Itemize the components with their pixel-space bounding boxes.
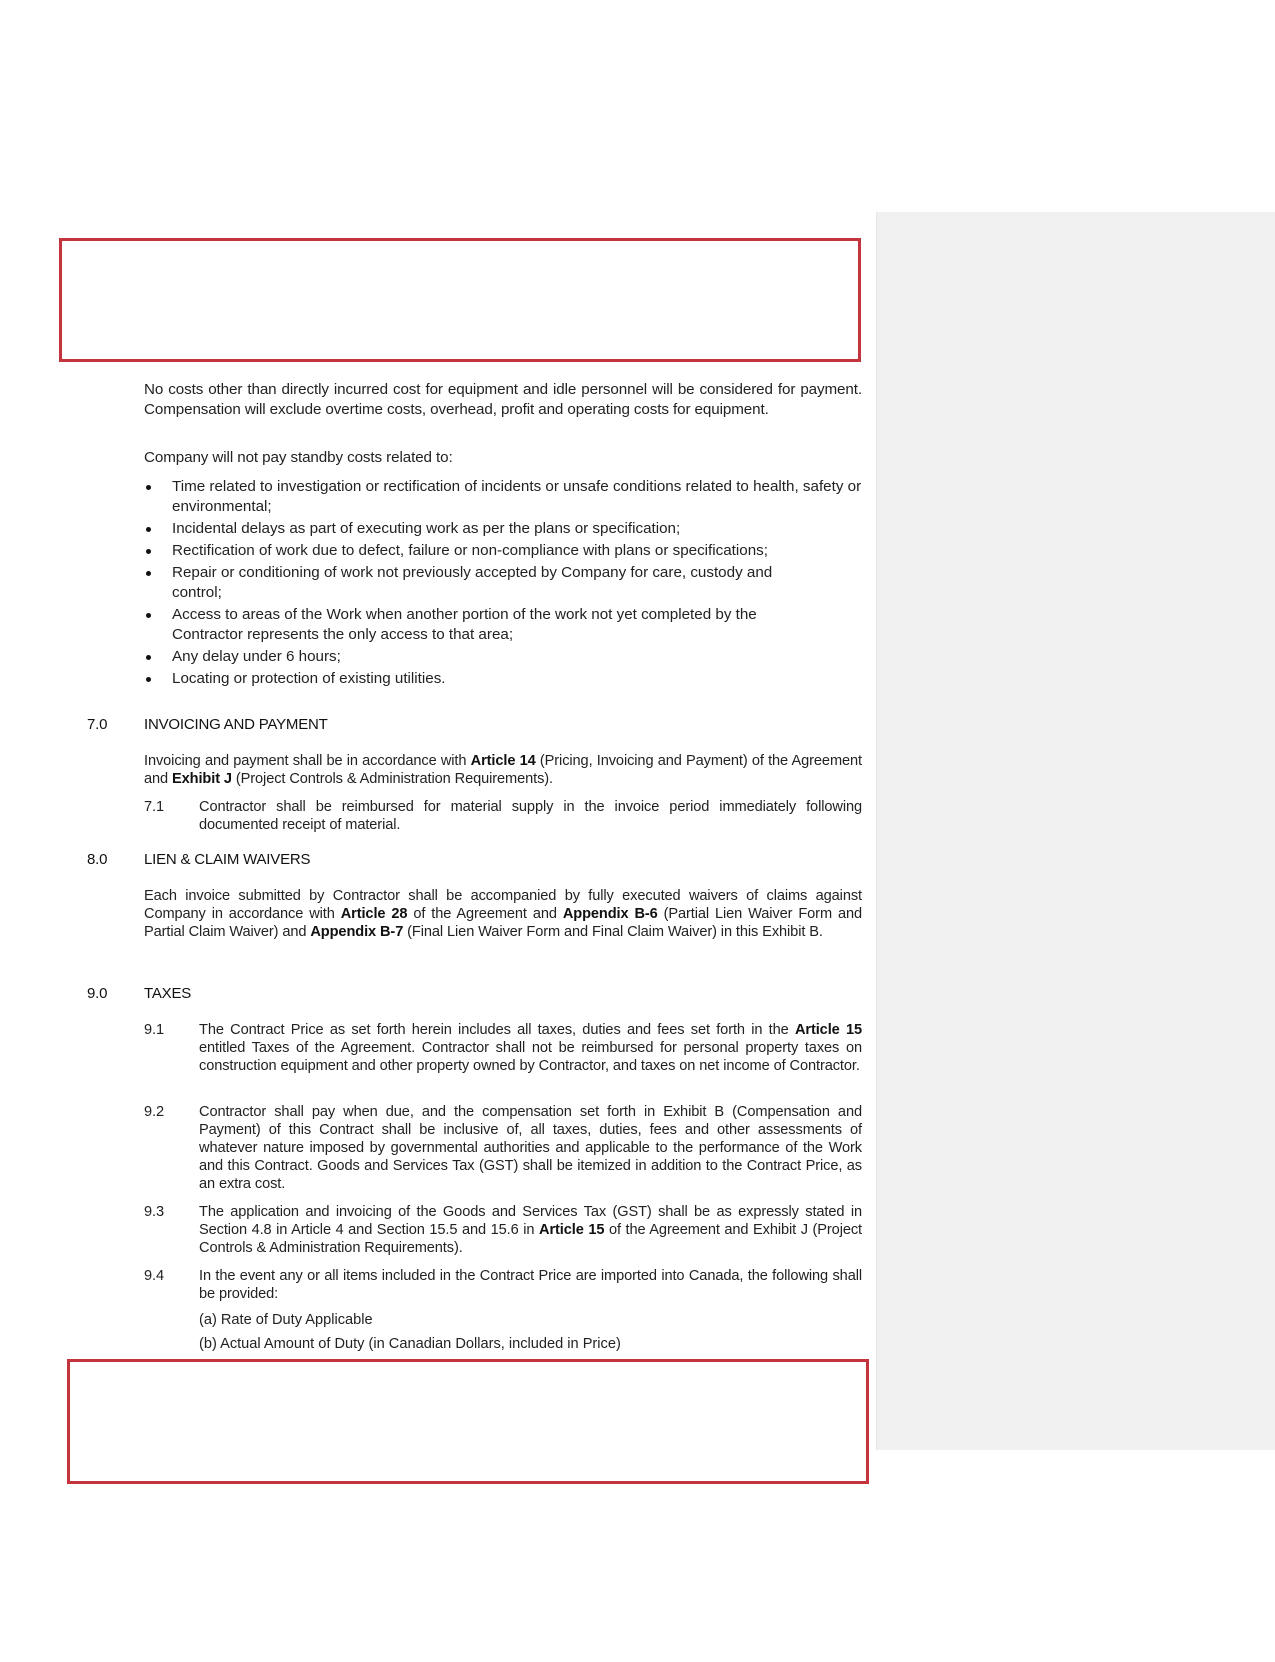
section-8-body: Each invoice submitted by Contractor sha… [144,887,862,941]
redaction-box-footer [67,1359,869,1484]
bullet-icon [146,485,151,490]
list-item: Any delay under 6 hours; [144,647,862,667]
subsection-9-1: 9.1 The Contract Price as set forth here… [144,1021,862,1075]
list-item: Time related to investigation or rectifi… [144,477,862,517]
bullet-icon [146,677,151,682]
bullet-icon [146,527,151,532]
section-heading-7: 7.0INVOICING AND PAYMENT [87,716,328,734]
section-7-body: Invoicing and payment shall be in accord… [144,752,862,788]
standby-exclusions-list: Time related to investigation or rectifi… [144,477,862,691]
list-item: Access to areas of the Work when another… [144,605,862,645]
duty-item-a: (a) Rate of Duty Applicable [199,1311,373,1329]
list-item: Locating or protection of existing utili… [144,669,862,689]
bullet-icon [146,549,151,554]
intro-paragraph: No costs other than directly incurred co… [144,380,862,420]
subsection-7-1: 7.1 Contractor shall be reimbursed for m… [144,798,862,834]
bullet-icon [146,655,151,660]
list-item: Incidental delays as part of executing w… [144,519,862,539]
subsection-9-2: 9.2 Contractor shall pay when due, and t… [144,1103,862,1193]
section-heading-9: 9.0TAXES [87,985,191,1003]
bullet-icon [146,613,151,618]
redaction-box-header [59,238,861,362]
subsection-9-4: 9.4 In the event any or all items includ… [144,1267,862,1303]
bullet-icon [146,571,151,576]
comment-pane [876,212,1275,1450]
duty-item-b: (b) Actual Amount of Duty (in Canadian D… [199,1335,621,1353]
list-item: Rectification of work due to defect, fai… [144,541,862,561]
subsection-9-3: 9.3 The application and invoicing of the… [144,1203,862,1257]
section-heading-8: 8.0LIEN & CLAIM WAIVERS [87,851,310,869]
standby-intro: Company will not pay standby costs relat… [144,448,862,468]
list-item: Repair or conditioning of work not previ… [144,563,862,603]
